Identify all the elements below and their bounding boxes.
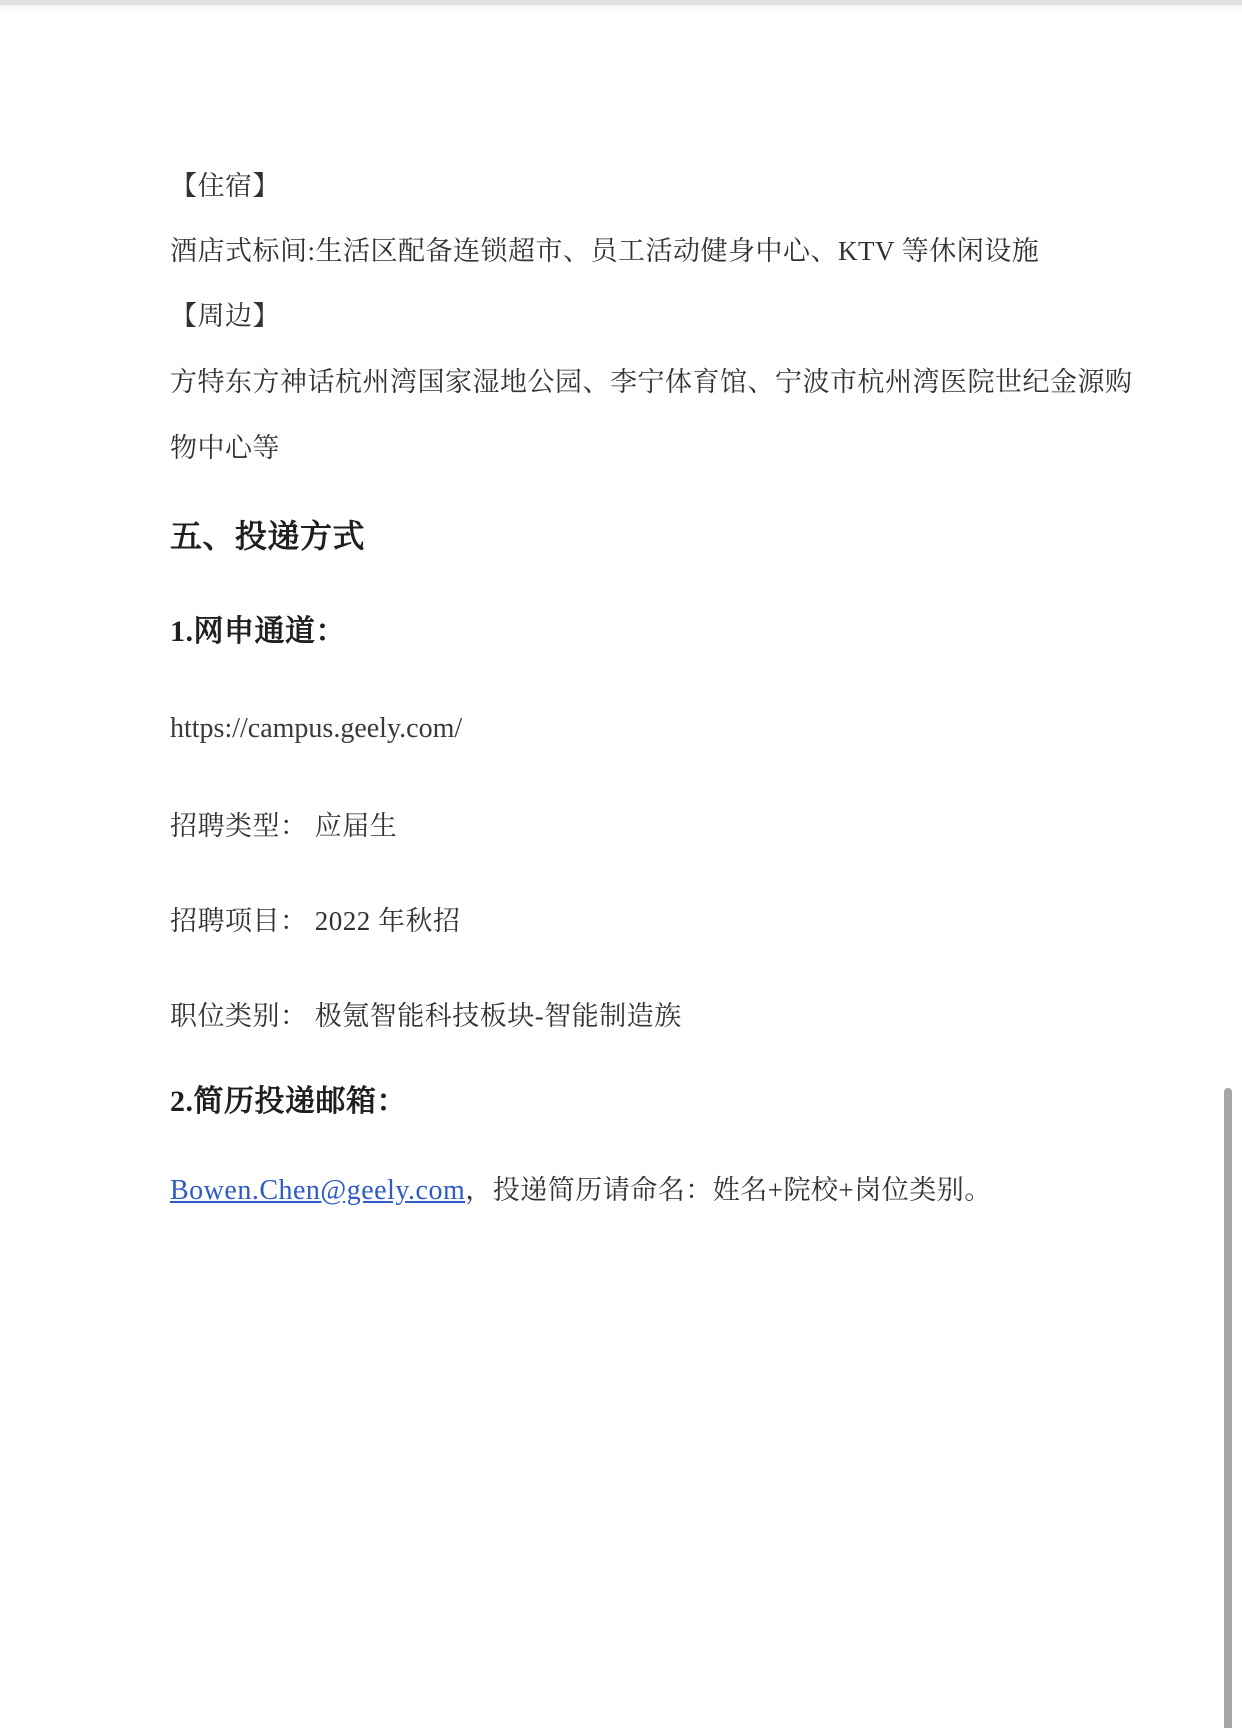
section-label-housing: 【住宿】 [170,172,280,200]
section-label-surroundings: 【周边】 [170,302,280,330]
paragraph-email-line: Bowen.Chen@geely.com，投递简历请命名：姓名+院校+岗位类别。 [170,1176,992,1205]
paragraph-surroundings-line1: 方特东方神话杭州湾国家湿地公园、李宁体育馆、宁波市杭州湾医院世纪金源购 [170,368,1133,396]
email-link[interactable]: Bowen.Chen@geely.com [170,1175,465,1206]
heading-apply-method: 五、投递方式 [170,520,365,554]
text-apply-url: https://campus.geely.com/ [170,714,462,743]
email-after-text: ，投递简历请命名：姓名+院校+岗位类别。 [465,1175,991,1205]
paragraph-housing-desc: 酒店式标间:生活区配备连锁超市、员工活动健身中心、KTV 等休闲设施 [170,237,1039,265]
scrollbar-thumb[interactable] [1224,1088,1232,1728]
paragraph-surroundings-line2: 物中心等 [170,434,280,462]
document-page: 【住宿】 酒店式标间:生活区配备连锁超市、员工活动健身中心、KTV 等休闲设施 … [0,0,1242,1728]
paragraph-recruit-project: 招聘项目： 2022 年秋招 [170,907,461,935]
paragraph-recruit-type: 招聘类型： 应届生 [170,812,397,840]
subheading-resume-email: 2.简历投递邮箱： [170,1086,407,1118]
top-bar-shadow [0,5,1242,13]
paragraph-position-category: 职位类别： 极氪智能科技板块-智能制造族 [170,1002,682,1030]
subheading-online-channel: 1.网申通道： [170,616,346,648]
